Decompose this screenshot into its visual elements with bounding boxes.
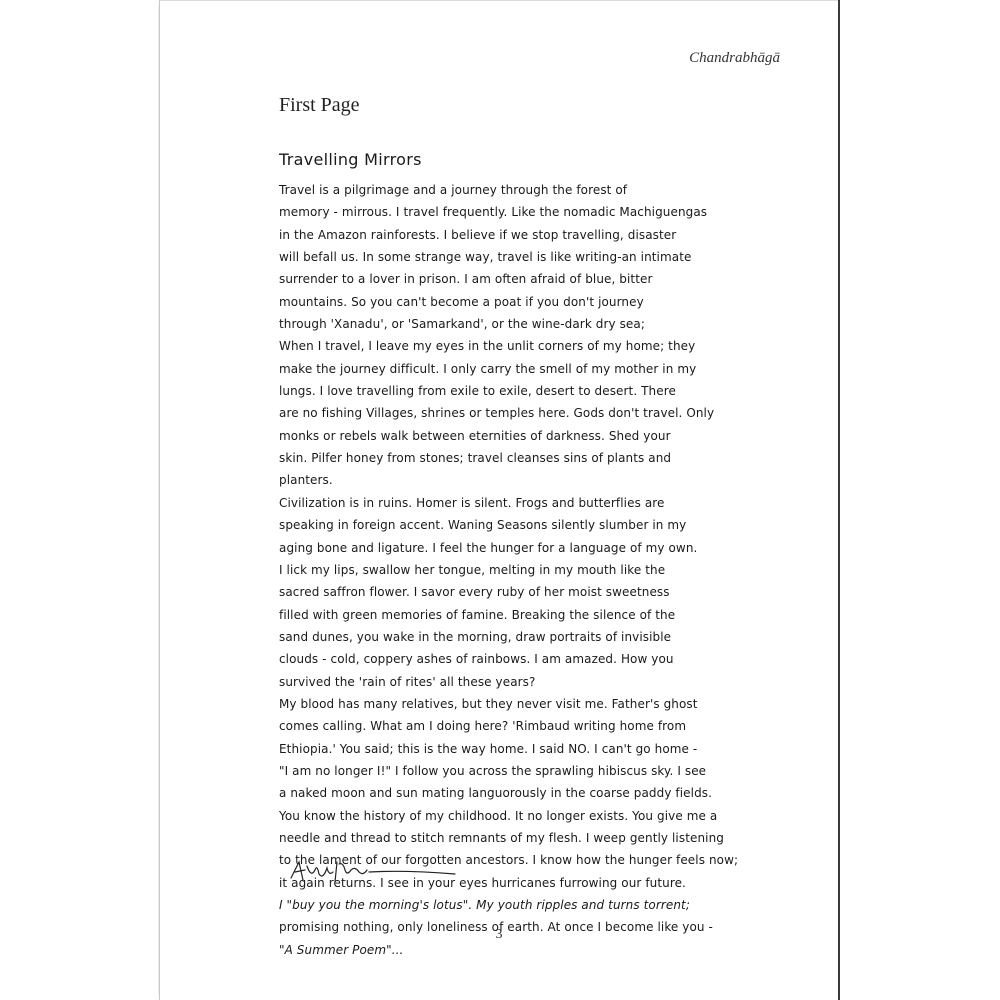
poem-line: skin. Pilfer honey from stones; travel c… — [279, 447, 741, 469]
signature — [285, 856, 465, 886]
poem-line: My blood has many relatives, but they ne… — [279, 693, 741, 715]
poem-line: When I travel, I leave my eyes in the un… — [279, 335, 741, 357]
poem-line: planters. — [279, 469, 741, 491]
poem-line: needle and thread to stitch remnants of … — [279, 827, 741, 849]
poem-line: will befall us. In some strange way, tra… — [279, 246, 741, 268]
poem-line: Ethiopia.' You said; this is the way hom… — [279, 738, 741, 760]
poem-line: comes calling. What am I doing here? 'Ri… — [279, 715, 741, 737]
poem-line: Travel is a pilgrimage and a journey thr… — [279, 179, 741, 201]
poem-line: speaking in foreign accent. Waning Seaso… — [279, 514, 741, 536]
poem-line: monks or rebels walk between eternities … — [279, 425, 741, 447]
page-number: 3 — [160, 927, 838, 943]
running-head: Chandrabhāgā — [689, 50, 780, 67]
poem-line: "I am no longer I!" I follow you across … — [279, 760, 741, 782]
poem-line: survived the 'rain of rites' all these y… — [279, 671, 741, 693]
poem-line: in the Amazon rainforests. I believe if … — [279, 224, 741, 246]
poem-line: sacred saffron flower. I savor every rub… — [279, 581, 741, 603]
poem-line: sand dunes, you wake in the morning, dra… — [279, 626, 741, 648]
poem-line: mountains. So you can't become a poat if… — [279, 291, 741, 313]
poem-body: Travel is a pilgrimage and a journey thr… — [279, 179, 749, 961]
poem-line: I lick my lips, swallow her tongue, melt… — [279, 559, 741, 581]
poem-line: clouds - cold, coppery ashes of rainbows… — [279, 648, 741, 670]
poem-line: are no fishing Villages, shrines or temp… — [279, 402, 741, 424]
poem-line: aging bone and ligature. I feel the hung… — [279, 537, 741, 559]
poem-title: Travelling Mirrors — [279, 150, 749, 169]
poem-line: You know the history of my childhood. It… — [279, 805, 741, 827]
poem-line: lungs. I love travelling from exile to e… — [279, 380, 741, 402]
poem-line: Civilization is in ruins. Homer is silen… — [279, 492, 741, 514]
poem-line: filled with green memories of famine. Br… — [279, 604, 741, 626]
poem-line: through 'Xanadu', or 'Samarkand', or the… — [279, 313, 741, 335]
poem-line: surrender to a lover in prison. I am oft… — [279, 268, 741, 290]
poem-line: make the journey difficult. I only carry… — [279, 358, 741, 380]
book-page: Chandrabhāgā First Page Travelling Mirro… — [159, 0, 840, 1000]
poem-line: a naked moon and sun mating languorously… — [279, 782, 741, 804]
poem-line: memory - mirrous. I travel frequently. L… — [279, 201, 741, 223]
section-title: First Page — [279, 94, 360, 117]
poem-line: I "buy you the morning's lotus". My yout… — [279, 894, 741, 916]
poem: Travelling Mirrors Travel is a pilgrimag… — [279, 150, 749, 961]
